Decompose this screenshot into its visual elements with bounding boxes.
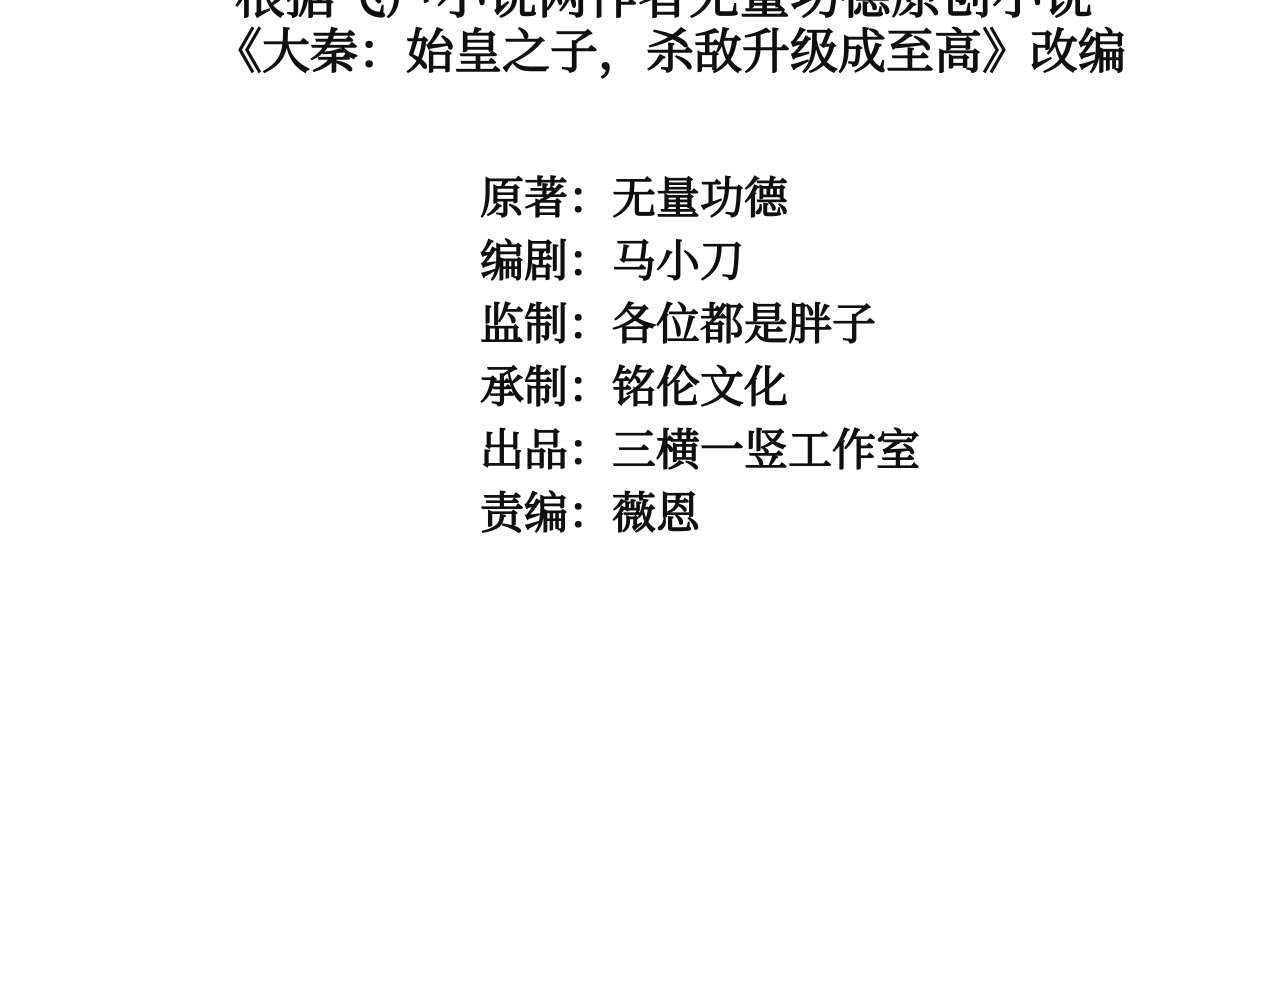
credit-value: 铭伦文化	[612, 363, 788, 412]
credit-value: 薇恩	[612, 489, 700, 538]
credit-role-label: 原著：	[480, 174, 612, 223]
credit-line-producer: 承制：铭伦文化	[480, 356, 920, 419]
credit-role-label: 编剧：	[480, 237, 612, 286]
adapted-title-line: 《大秦：始皇之子，杀敌升级成至高》改编	[30, 27, 1280, 79]
credit-role-label: 责编：	[480, 489, 612, 538]
credit-line-supervisor: 监制：各位都是胖子	[480, 293, 920, 356]
credit-line-presenter: 出品：三横一竖工作室	[480, 419, 920, 482]
credit-line-screenwriter: 编剧：马小刀	[480, 230, 920, 293]
credit-value: 三横一竖工作室	[612, 426, 920, 475]
credit-line-original-author: 原著：无量功德	[480, 167, 920, 230]
source-attribution-line: 根据飞卢小说网作者无量功德原创小说	[24, 0, 1280, 22]
credits-list: 原著：无量功德 编剧：马小刀 监制：各位都是胖子 承制：铭伦文化 出品：三横一竖…	[480, 167, 920, 545]
comic-credits-page: 根据飞卢小说网作者无量功德原创小说 《大秦：始皇之子，杀敌升级成至高》改编 原著…	[0, 0, 1280, 1000]
credit-line-editor: 责编：薇恩	[480, 482, 920, 545]
credit-role-label: 承制：	[480, 363, 612, 412]
credit-value: 马小刀	[612, 237, 744, 286]
credit-role-label: 出品：	[480, 426, 612, 475]
credit-value: 无量功德	[612, 174, 788, 223]
credit-value: 各位都是胖子	[612, 300, 876, 349]
credit-role-label: 监制：	[480, 300, 612, 349]
